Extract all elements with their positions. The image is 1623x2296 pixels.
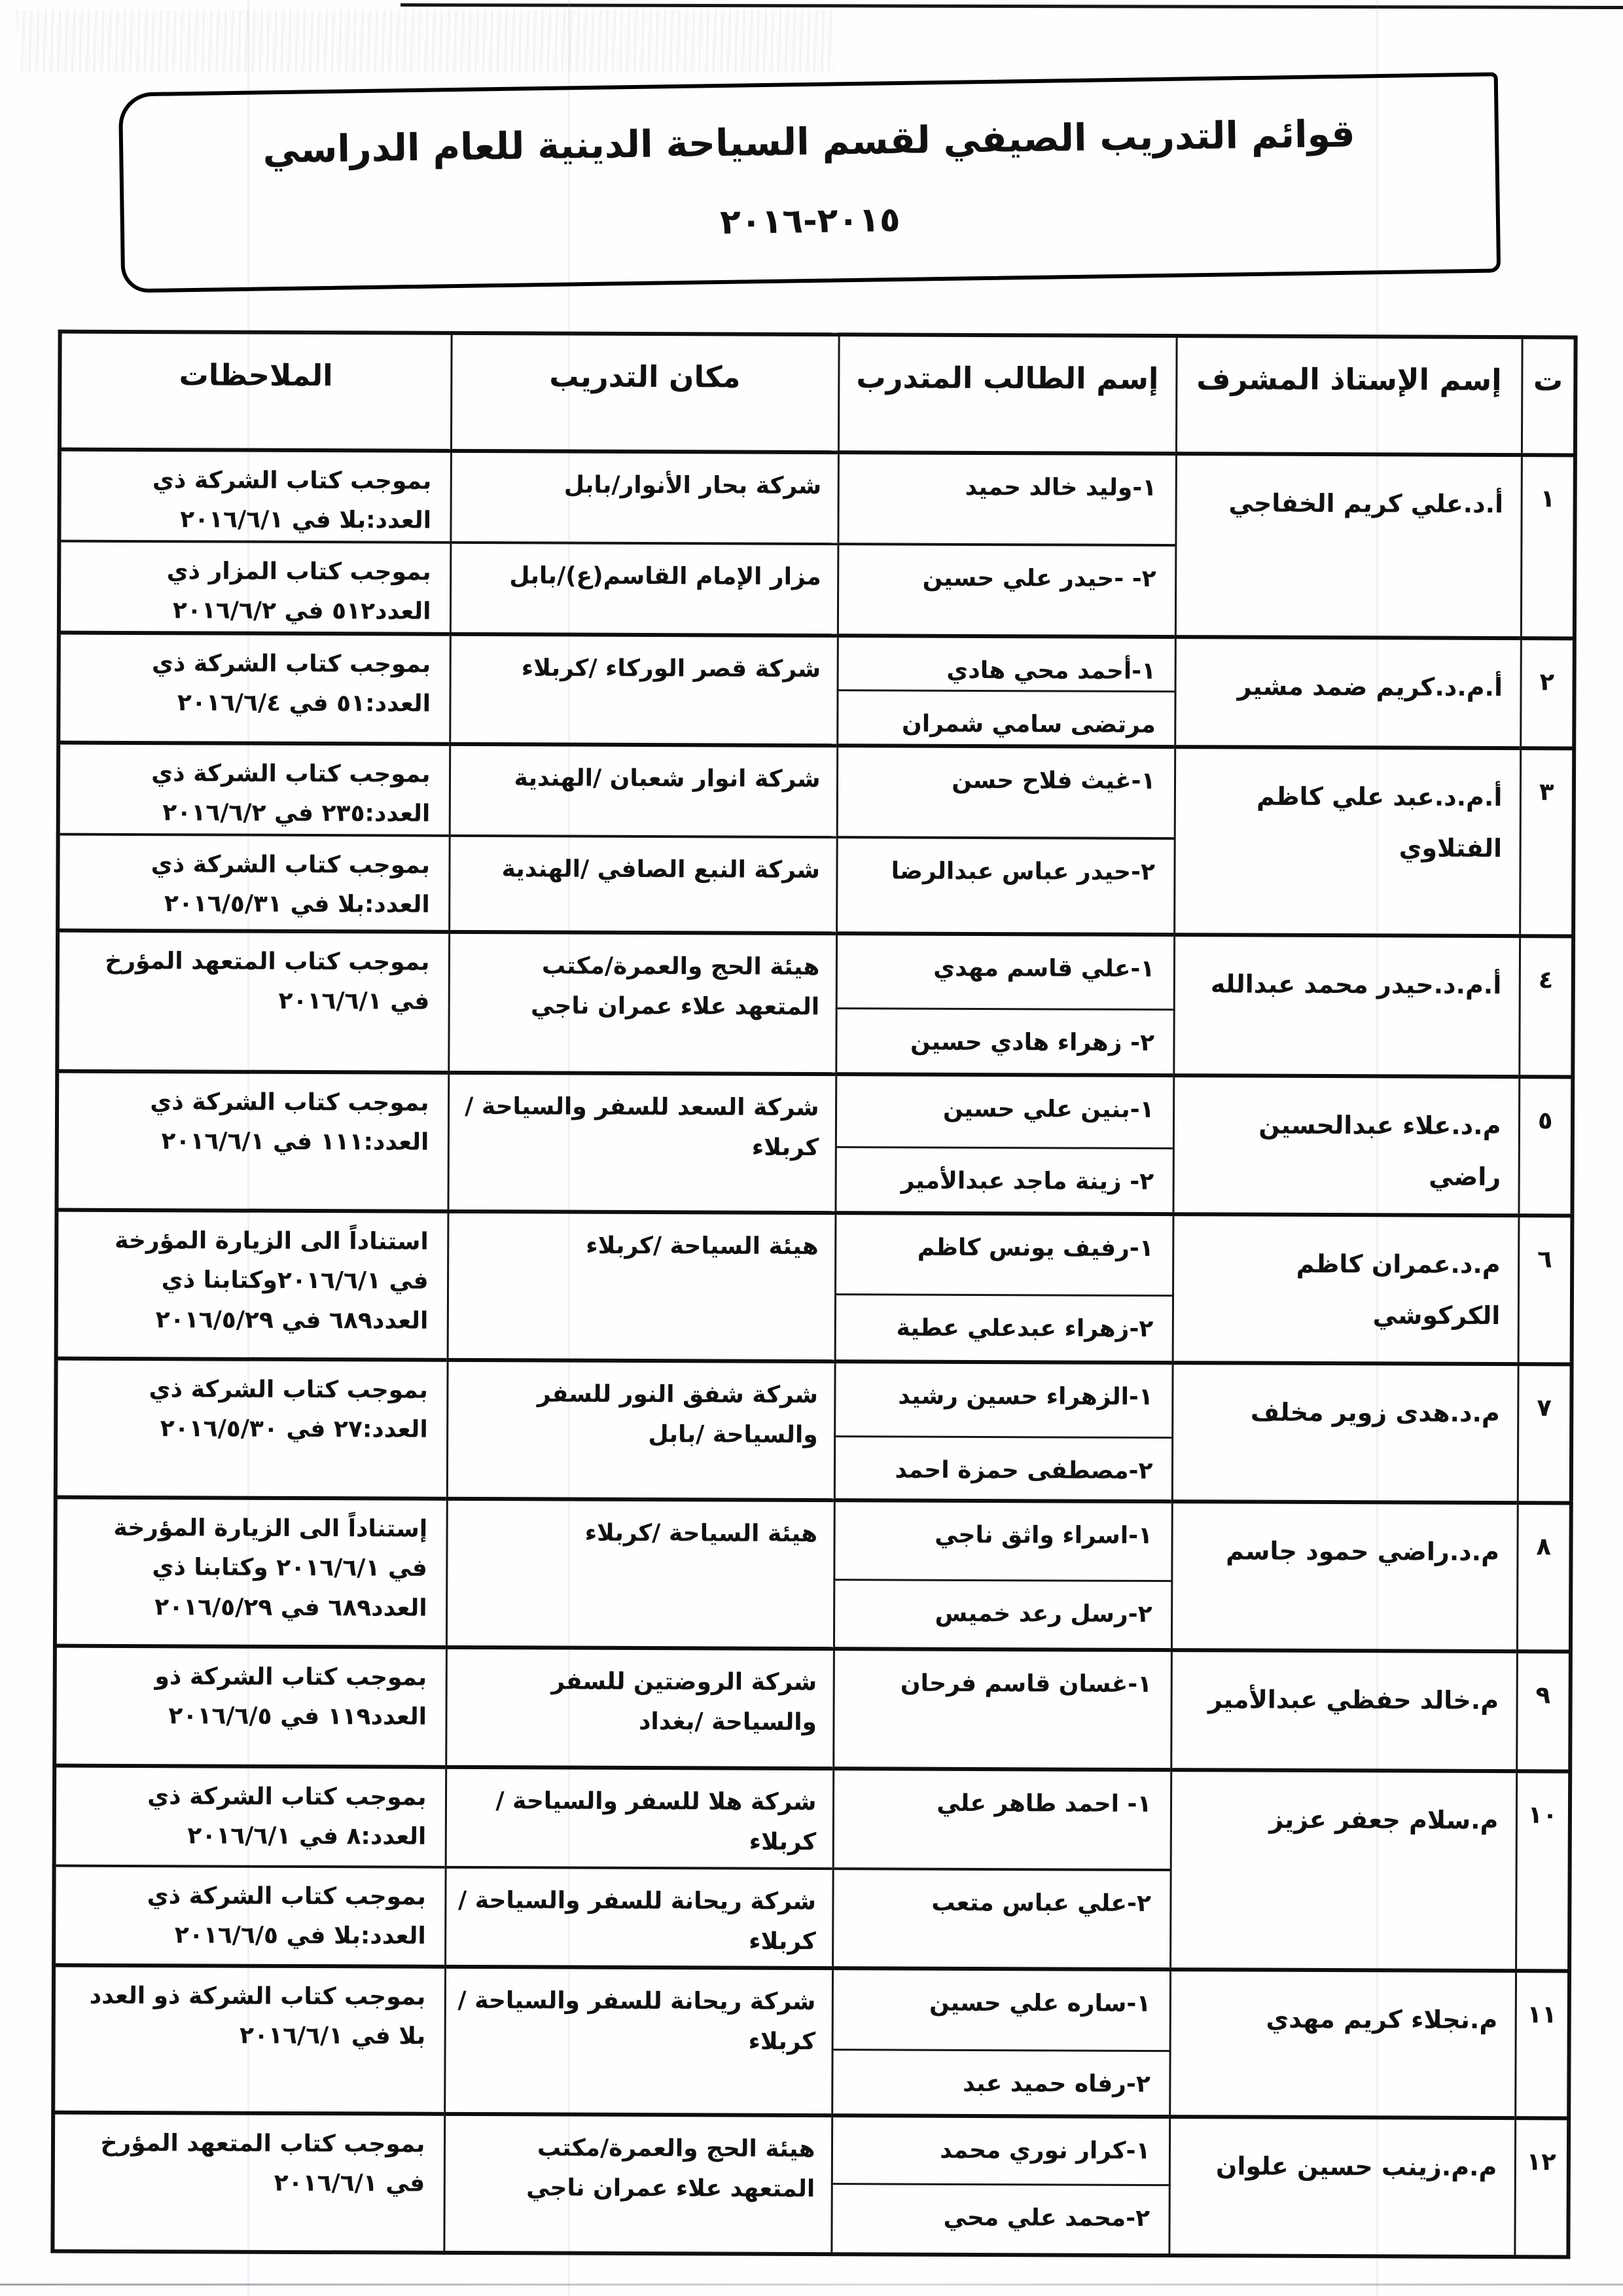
row-number-cell: ٧ — [1518, 1364, 1572, 1503]
header-serial: ت — [1522, 337, 1576, 455]
table-row: ٦م.د.عمران كاظم الكركوشي١-رفيف يونس كاظم… — [56, 1210, 1572, 1297]
student-cell: ١-رفيف يونس كاظم — [835, 1213, 1173, 1296]
table-row: ٣أ.م.د.عبد علي كاظم الفتلاوي١-غيث فلاح ح… — [58, 742, 1575, 840]
notes-cell: إستناداً الى الزيارة المؤرخة في ٢٠١٦/٦/١… — [55, 1497, 447, 1647]
notes-cell: بموجب كتاب الشركة ذو العدد١١٩ في ٢٠١٦/٦/… — [54, 1645, 446, 1767]
row-number-cell: ١٠ — [1516, 1771, 1570, 1971]
supervisor-cell: أ.م.د.حيدر محمد عبدالله — [1173, 935, 1520, 1077]
document-title: قوائم التدريب الصيفي لقسم السياحة الديني… — [262, 113, 1355, 172]
table-row: ٨م.د.راضي حمود جاسم١-اسراء واثق ناجيهيئة… — [55, 1497, 1571, 1583]
row-number-cell: ٨ — [1517, 1503, 1571, 1651]
place-cell: هيئة الحج والعمرة/مكتب المتعهد علاء عمرا… — [444, 2113, 832, 2253]
student-cell: ٢-حيدر عباس عبدالرضا — [836, 837, 1175, 935]
place-cell: شركة انوار شعبان /الهندية — [450, 744, 838, 837]
place-cell: شركة ريحانة للسفر والسياحة /كربلاء — [444, 1966, 832, 2115]
student-cell: ١- احمد طاهر علي — [833, 1768, 1171, 1870]
document-title-box: قوائم التدريب الصيفي لقسم السياحة الديني… — [118, 72, 1501, 293]
scan-artifact-top-line — [401, 3, 1623, 9]
table-row: ٧م.د.هدى زوير مخلف١-الزهراء حسين رشيدشرك… — [56, 1358, 1571, 1439]
supervisor-cell: م.خالد حفظي عبدالأمير — [1171, 1650, 1517, 1771]
supervisor-cell: أ.م.د.كريم ضمد مشير — [1175, 637, 1521, 748]
document-title-year: ٢٠١٥-٢٠١٦ — [720, 200, 901, 242]
student-cell: ١-غيث فلاح حسن — [837, 745, 1175, 838]
student-cell: ٢- زهراء هادي حسين — [836, 1009, 1173, 1075]
student-cell: ١-أحمد محي هادي — [838, 636, 1175, 692]
notes-cell: بموجب كتاب الشركة ذي العدد:١١١ في ٢٠١٦/٦… — [56, 1071, 448, 1211]
place-cell: مزار الإمام القاسم(ع)/بابل — [450, 543, 838, 636]
supervisor-cell: م.د.عمران كاظم الكركوشي — [1173, 1214, 1519, 1364]
scanned-document-page: قوائم التدريب الصيفي لقسم السياحة الديني… — [0, 0, 1623, 2296]
supervisor-cell: م.د.راضي حمود جاسم — [1171, 1501, 1518, 1651]
row-number-cell: ٩ — [1516, 1651, 1571, 1771]
training-table-body: ١أ.د.علي كريم الخفاجي١-وليد خالد حميدشرك… — [52, 450, 1575, 2257]
student-cell: ٢-مصطفى حمزة احمد — [834, 1437, 1172, 1501]
row-number-cell: ١٢ — [1514, 2118, 1569, 2257]
place-cell: شركة النبع الصافي /الهندية — [449, 836, 837, 933]
training-table: ت إسم الإستاذ المشرف إسم الطالب المتدرب … — [50, 330, 1577, 2259]
table-row: ٤أ.م.د.حيدر محمد عبدالله١-علي قاسم مهديه… — [58, 930, 1573, 1011]
row-number-cell: ٤ — [1519, 936, 1573, 1077]
student-cell: مرتضى سامي شمران — [837, 691, 1175, 747]
scan-artifact-bottom-line — [0, 2284, 1623, 2286]
supervisor-cell: م.د.هدى زوير مخلف — [1172, 1363, 1518, 1503]
notes-cell: بموجب كتاب المتعهد المؤرخ في ٢٠١٦/٦/١ — [52, 2112, 444, 2252]
notes-cell: بموجب كتاب المزار ذي العدد٥١٢ في ٢٠١٦/٦/… — [59, 541, 451, 634]
header-place: مكان التدريب — [451, 333, 839, 452]
student-cell: ٢-محمد علي محي — [831, 2184, 1169, 2255]
supervisor-cell: م.نجلاء كريم مهدي — [1169, 1969, 1516, 2118]
supervisor-cell: م.م.زينب حسين علوان — [1169, 2117, 1515, 2257]
student-cell: ١-علي قاسم مهدي — [836, 933, 1174, 1010]
table-row: ١أ.د.علي كريم الخفاجي١-وليد خالد حميدشرك… — [59, 450, 1575, 547]
place-cell: شركة هلا للسفر والسياحة /كربلاء — [446, 1767, 834, 1869]
supervisor-cell: أ.د.علي كريم الخفاجي — [1175, 454, 1522, 638]
notes-cell: بموجب كتاب المتعهد المؤرخ في ٢٠١٦/٦/١ — [57, 930, 449, 1072]
student-cell: ١-غسان قاسم فرحان — [833, 1649, 1171, 1770]
notes-cell: بموجب كتاب الشركة ذي العدد:٨ في ٢٠١٦/٦/١ — [54, 1765, 446, 1867]
supervisor-cell: م.سلام جعفر عزيز — [1170, 1770, 1516, 1971]
notes-cell: بموجب كتاب الشركة ذو العدد بلا في ٢٠١٦/٦… — [53, 1965, 445, 2113]
table-row: ٥م.د.علاء عبدالحسين راضي١-بنين علي حسينش… — [57, 1071, 1573, 1150]
table-row: ٢أ.م.د.كريم ضمد مشير١-أحمد محي هاديشركة … — [59, 632, 1575, 693]
student-cell: ٢- زينة ماجد عبدالأمير — [835, 1147, 1173, 1214]
notes-cell: بموجب كتاب الشركة ذي العدد:بلا في ٢٠١٦/٥… — [58, 834, 450, 931]
student-cell: ٢- -حيدر علي حسين — [838, 544, 1176, 637]
table-row: ١١م.نجلاء كريم مهدي١-ساره علي حسينشركة ر… — [54, 1965, 1569, 2053]
notes-cell: بموجب كتاب الشركة ذي العدد:بلا في ٢٠١٦/٦… — [59, 450, 451, 543]
student-cell: ١-ساره علي حسين — [832, 1968, 1170, 2051]
place-cell: هيئة الحج والعمرة/مكتب المتعهد علاء عمرا… — [448, 932, 836, 1074]
table-row: ٩م.خالد حفظي عبدالأمير١-غسان قاسم فرحانش… — [54, 1645, 1571, 1771]
place-cell: شركة السعد للسفر والسياحة /كربلاء — [448, 1073, 836, 1213]
supervisor-cell: أ.م.د.عبد علي كاظم الفتلاوي — [1174, 747, 1520, 936]
notes-cell: بموجب كتاب الشركة ذي العدد:٢٧ في ٢٠١٦/٥/… — [56, 1358, 448, 1498]
place-cell: هيئة السياحة /كربلاء — [448, 1211, 836, 1361]
table-row: ١٢م.م.زينب حسين علوان١-كرار نوري محمدهيئ… — [53, 2112, 1569, 2187]
student-cell: ١-الزهراء حسين رشيد — [834, 1361, 1172, 1438]
row-number-cell: ٣ — [1520, 748, 1574, 936]
notes-cell: بموجب كتاب الشركة ذي العدد:٥١ في ٢٠١٦/٦/… — [58, 632, 450, 744]
place-cell: شركة ريحانة للسفر والسياحة /كربلاء — [445, 1867, 833, 1967]
notes-cell: بموجب كتاب الشركة ذي العدد:٢٣٥ في ٢٠١٦/٦… — [58, 742, 450, 835]
place-cell: شركة قصر الوركاء /كربلاء — [450, 634, 838, 745]
student-cell: ١-كرار نوري محمد — [832, 2115, 1169, 2185]
row-number-cell: ٢ — [1520, 638, 1575, 748]
student-cell: ٢-رفاه حميد عبد — [832, 2050, 1169, 2117]
student-cell: ١-بنين علي حسين — [836, 1074, 1173, 1149]
student-cell: ٢-علي عباس متعب — [832, 1869, 1171, 1969]
notes-cell: بموجب كتاب الشركة ذي العدد:بلا في ٢٠١٦/٦… — [54, 1865, 446, 1966]
place-cell: شركة بحار الأنوار/بابل — [450, 451, 838, 544]
student-cell: ١-وليد خالد حميد — [838, 452, 1176, 545]
row-number-cell: ١ — [1521, 455, 1575, 638]
supervisor-cell: م.د.علاء عبدالحسين راضي — [1173, 1075, 1519, 1215]
header-supervisor: إسم الإستاذ المشرف — [1176, 336, 1522, 455]
row-number-cell: ٦ — [1518, 1215, 1573, 1364]
row-number-cell: ١١ — [1515, 1971, 1569, 2118]
table-row: ١٠م.سلام جعفر عزيز١- احمد طاهر عليشركة ه… — [54, 1765, 1571, 1871]
scan-artifact-noise — [16, 10, 834, 72]
student-cell: ٢-زهراء عبدعلي عطية — [835, 1295, 1173, 1363]
header-notes: الملاحظات — [60, 332, 452, 451]
place-cell: شركة الروضتين للسفر والسياحة /بغداد — [446, 1647, 834, 1768]
student-cell: ١-اسراء واثق ناجي — [834, 1500, 1171, 1581]
place-cell: شركة شفق النور للسفر والسياحة /بابل — [447, 1360, 835, 1500]
notes-cell: استناداً الى الزيارة المؤرخة في ٢٠١٦/٦/١… — [56, 1210, 448, 1359]
place-cell: هيئة السياحة /كربلاء — [446, 1499, 834, 1649]
student-cell: ٢-رسل رعد خميس — [834, 1580, 1171, 1650]
header-student: إسم الطالب المتدرب — [838, 334, 1177, 454]
row-number-cell: ٥ — [1518, 1077, 1573, 1215]
